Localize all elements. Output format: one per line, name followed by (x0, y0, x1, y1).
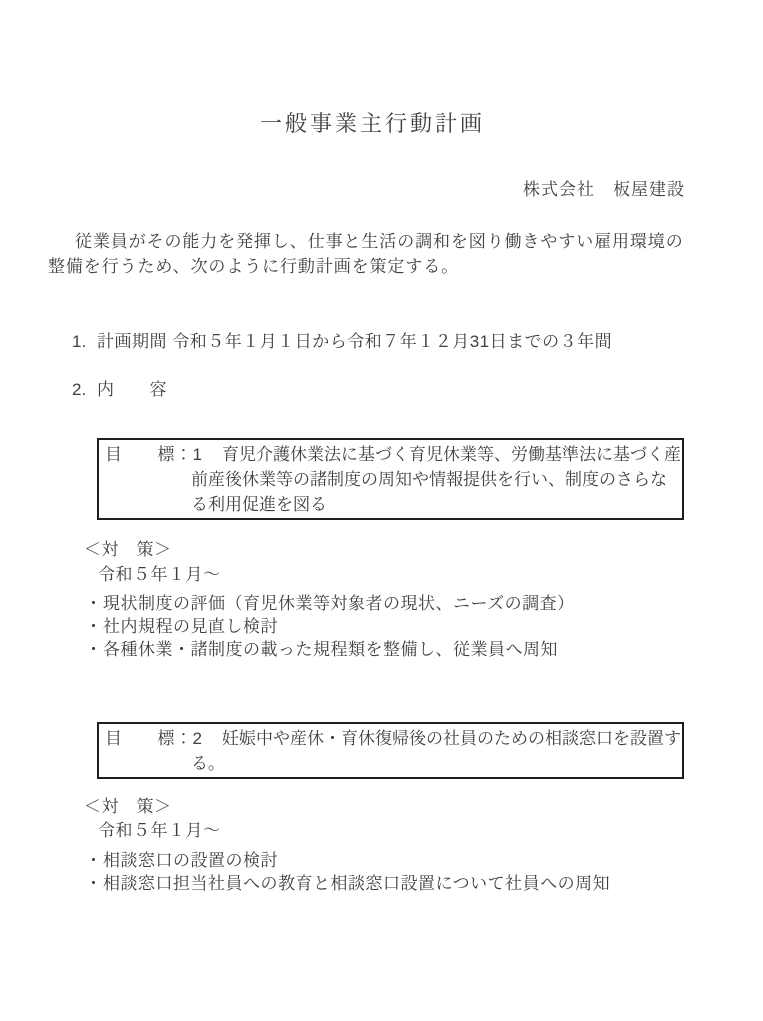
list-item-number: 1. (72, 331, 97, 353)
bullet-text: 相談窓口担当社員への教育と相談窓口設置について社員への周知 (103, 872, 763, 895)
list-item-text: 計画期間 令和５年１月１日から令和７年１２月31日までの３年間 (97, 332, 612, 351)
bullet-marker: ・ (85, 638, 103, 661)
document-page: 一般事業主行動計画 株式会社 板屋建設 従業員がその能力を発揮し、仕事と生活の調… (0, 0, 763, 1021)
goal-text: 妊娠中や産休・育休復帰後の社員のための相談窓口を設置する。 (191, 726, 682, 776)
section-heading-measures-2: ＜対 策＞ (84, 796, 763, 818)
list-item: ・ 相談窓口担当社員への教育と相談窓口設置について社員への周知 (85, 872, 763, 895)
list-item: ・ 各種休業・諸制度の載った規程類を整備し、従業員へ周知 (85, 638, 763, 661)
goal-label: 目 標：1 (105, 442, 202, 467)
bullet-marker: ・ (85, 872, 103, 895)
bullet-marker: ・ (85, 592, 103, 615)
list-item: ・ 社内規程の見直し検討 (85, 615, 763, 638)
bullet-list-1: ・ 現状制度の評価（育児休業等対象者の現状、ニーズの調査） ・ 社内規程の見直し… (0, 592, 763, 661)
section-heading-measures-1: ＜対 策＞ (84, 539, 763, 561)
bullet-marker: ・ (85, 615, 103, 638)
goal-text: 育児介護休業法に基づく育児休業等、労働基準法に基づく産前産後休業等の諸制度の周知… (191, 442, 682, 517)
list-item: ・ 現状制度の評価（育児休業等対象者の現状、ニーズの調査） (85, 592, 763, 615)
page-title: 一般事業主行動計画 (0, 0, 754, 138)
period-label: 令和５年１月～ (98, 820, 763, 842)
period-label: 令和５年１月～ (98, 564, 763, 586)
list-item-number: 2. (72, 379, 97, 401)
goal-box-2: 目 標：2 妊娠中や産休・育休復帰後の社員のための相談窓口を設置する。 (97, 722, 684, 779)
list-item: ・ 相談窓口の設置の検討 (85, 849, 763, 872)
bullet-marker: ・ (85, 849, 103, 872)
list-item-text: 内 容 (97, 380, 167, 399)
bullet-text: 相談窓口の設置の検討 (103, 849, 763, 872)
company-name: 株式会社 板屋建設 (0, 179, 763, 201)
bullet-text: 社内規程の見直し検討 (103, 615, 763, 638)
bullet-list-2: ・ 相談窓口の設置の検討 ・ 相談窓口担当社員への教育と相談窓口設置について社員… (0, 849, 763, 895)
list-item-plan-period: 1.計画期間 令和５年１月１日から令和７年１２月31日までの３年間 (72, 331, 763, 353)
list-item-contents: 2.内 容 (72, 379, 763, 401)
bullet-text: 現状制度の評価（育児休業等対象者の現状、ニーズの調査） (103, 592, 763, 615)
intro-paragraph: 従業員がその能力を発揮し、仕事と生活の調和を図り働きやすい雇用環境の整備を行うた… (48, 229, 684, 279)
goal-label: 目 標：2 (105, 726, 202, 751)
goal-box-1: 目 標：1 育児介護休業法に基づく育児休業等、労働基準法に基づく産前産後休業等の… (97, 438, 684, 520)
bullet-text: 各種休業・諸制度の載った規程類を整備し、従業員へ周知 (103, 638, 763, 661)
